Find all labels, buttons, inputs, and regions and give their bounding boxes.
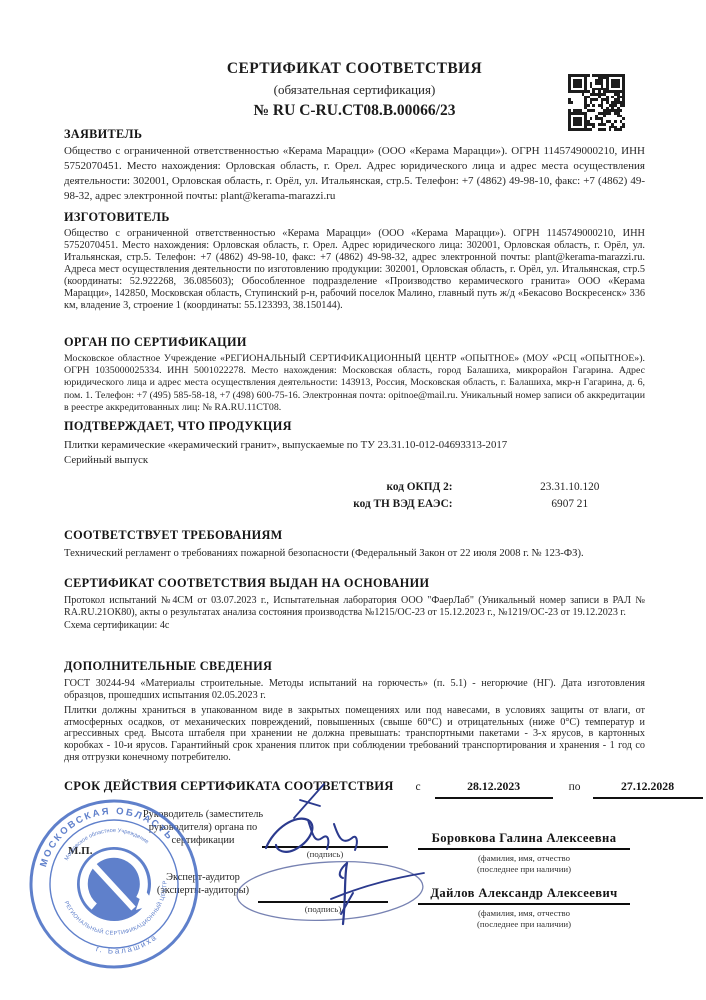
expert-name: Дайлов Александр Алексеевич <box>418 886 630 905</box>
applicant-heading: ЗАЯВИТЕЛЬ <box>64 127 645 142</box>
product-description: Плитки керамические «керамический гранит… <box>64 438 645 452</box>
expert-name-caption-1: (фамилия, имя, отчество <box>418 908 630 919</box>
section-additional-info: ДОПОЛНИТЕЛЬНЫЕ СВЕДЕНИЯ ГОСТ 30244-94 «М… <box>64 659 645 763</box>
expert-name-caption-2: (последнее при наличии) <box>418 919 630 930</box>
signature-line-2 <box>258 884 388 903</box>
product-heading: ПОДТВЕРЖДАЕТ, ЧТО ПРОДУКЦИЯ <box>64 419 645 434</box>
section-requirements: СООТВЕТСТВУЕТ ТРЕБОВАНИЯМ Технический ре… <box>64 528 645 560</box>
additional-info-text-2: Плитки должны храниться в упакованном ви… <box>64 705 645 763</box>
product-codes: код ОКПД 2: 23.31.10.120 код ТН ВЭД ЕАЭС… <box>64 481 645 515</box>
section-certification-body: ОРГАН ПО СЕРТИФИКАЦИИ Московское областн… <box>64 335 645 414</box>
requirements-heading: СООТВЕТСТВУЕТ ТРЕБОВАНИЯМ <box>64 528 645 543</box>
expert-name-caption: (фамилия, имя, отчество (последнее при н… <box>418 908 630 929</box>
requirements-text: Технический регламент о требованиях пожа… <box>64 547 645 560</box>
stamp-emblem-icon <box>70 840 158 928</box>
signature-line-1 <box>262 829 388 848</box>
doc-subtitle: (обязательная сертификация) <box>64 82 645 98</box>
section-applicant: ЗАЯВИТЕЛЬ Общество с ограниченной ответс… <box>64 127 645 204</box>
validity-from-label: с <box>416 781 421 793</box>
qr-code-icon <box>568 74 625 131</box>
basis-text: Протокол испытаний №4СМ от 03.07.2023 г.… <box>64 595 645 618</box>
tnved-code-label: код ТН ВЭД ЕАЭС: <box>64 498 453 510</box>
manufacturer-heading: ИЗГОТОВИТЕЛЬ <box>64 210 645 225</box>
head-name-caption-1: (фамилия, имя, отчество <box>418 853 630 864</box>
okpd-code-value: 23.31.10.120 <box>495 481 645 493</box>
additional-info-heading: ДОПОЛНИТЕЛЬНЫЕ СВЕДЕНИЯ <box>64 659 645 674</box>
validity-heading: СРОК ДЕЙСТВИЯ СЕРТИФИКАТА СООТВЕТСТВИЯ <box>64 779 394 794</box>
certificate-number: № RU C-RU.СТ08.В.00066/23 <box>64 102 645 120</box>
tnved-code-row: код ТН ВЭД ЕАЭС: 6907 21 <box>64 498 645 510</box>
validity-to-label: по <box>569 781 581 793</box>
certification-body-heading: ОРГАН ПО СЕРТИФИКАЦИИ <box>64 335 645 350</box>
validity-from-date: 28.12.2023 <box>435 779 553 799</box>
okpd-code-label: код ОКПД 2: <box>64 481 453 493</box>
head-name: Боровкова Галина Алексеевна <box>418 831 630 850</box>
tnved-code-value: 6907 21 <box>495 498 645 510</box>
head-name-caption-2: (последнее при наличии) <box>418 864 630 875</box>
signature-caption-1: (подпись) <box>262 849 388 859</box>
head-name-block: Боровкова Галина Алексеевна (фамилия, им… <box>418 831 630 874</box>
product-release-type: Серийный выпуск <box>64 453 645 467</box>
signature-caption-2: (подпись) <box>258 904 388 914</box>
doc-header: СЕРТИФИКАТ СООТВЕТСТВИЯ (обязательная се… <box>64 60 645 120</box>
section-product: ПОДТВЕРЖДАЕТ, ЧТО ПРОДУКЦИЯ Плитки керам… <box>64 419 645 467</box>
section-basis: СЕРТИФИКАТ СООТВЕТСТВИЯ ВЫДАН НА ОСНОВАН… <box>64 576 645 632</box>
doc-title: СЕРТИФИКАТ СООТВЕТСТВИЯ <box>64 60 645 78</box>
certification-stamp-icon: МОСКОВСКАЯ ОБЛАСТЬ г. Балашиха Московско… <box>26 796 202 972</box>
validity-to-date: 27.12.2028 <box>593 779 703 799</box>
okpd-code-row: код ОКПД 2: 23.31.10.120 <box>64 481 645 493</box>
basis-heading: СЕРТИФИКАТ СООТВЕТСТВИЯ ВЫДАН НА ОСНОВАН… <box>64 576 645 591</box>
certification-body-text: Московское областное Учреждение «РЕГИОНА… <box>64 353 645 414</box>
section-manufacturer: ИЗГОТОВИТЕЛЬ Общество с ограниченной отв… <box>64 210 645 312</box>
additional-info-text-1: ГОСТ 30244-94 «Материалы строительные. М… <box>64 678 645 701</box>
applicant-text: Общество с ограниченной ответственностью… <box>64 144 645 204</box>
certificate-page: СЕРТИФИКАТ СООТВЕТСТВИЯ (обязательная се… <box>0 0 706 1000</box>
certification-scheme: Схема сертификации: 4с <box>64 620 645 632</box>
head-name-caption: (фамилия, имя, отчество (последнее при н… <box>418 853 630 874</box>
manufacturer-text: Общество с ограниченной ответственностью… <box>64 228 645 312</box>
expert-name-block: Дайлов Александр Алексеевич (фамилия, им… <box>418 886 630 929</box>
